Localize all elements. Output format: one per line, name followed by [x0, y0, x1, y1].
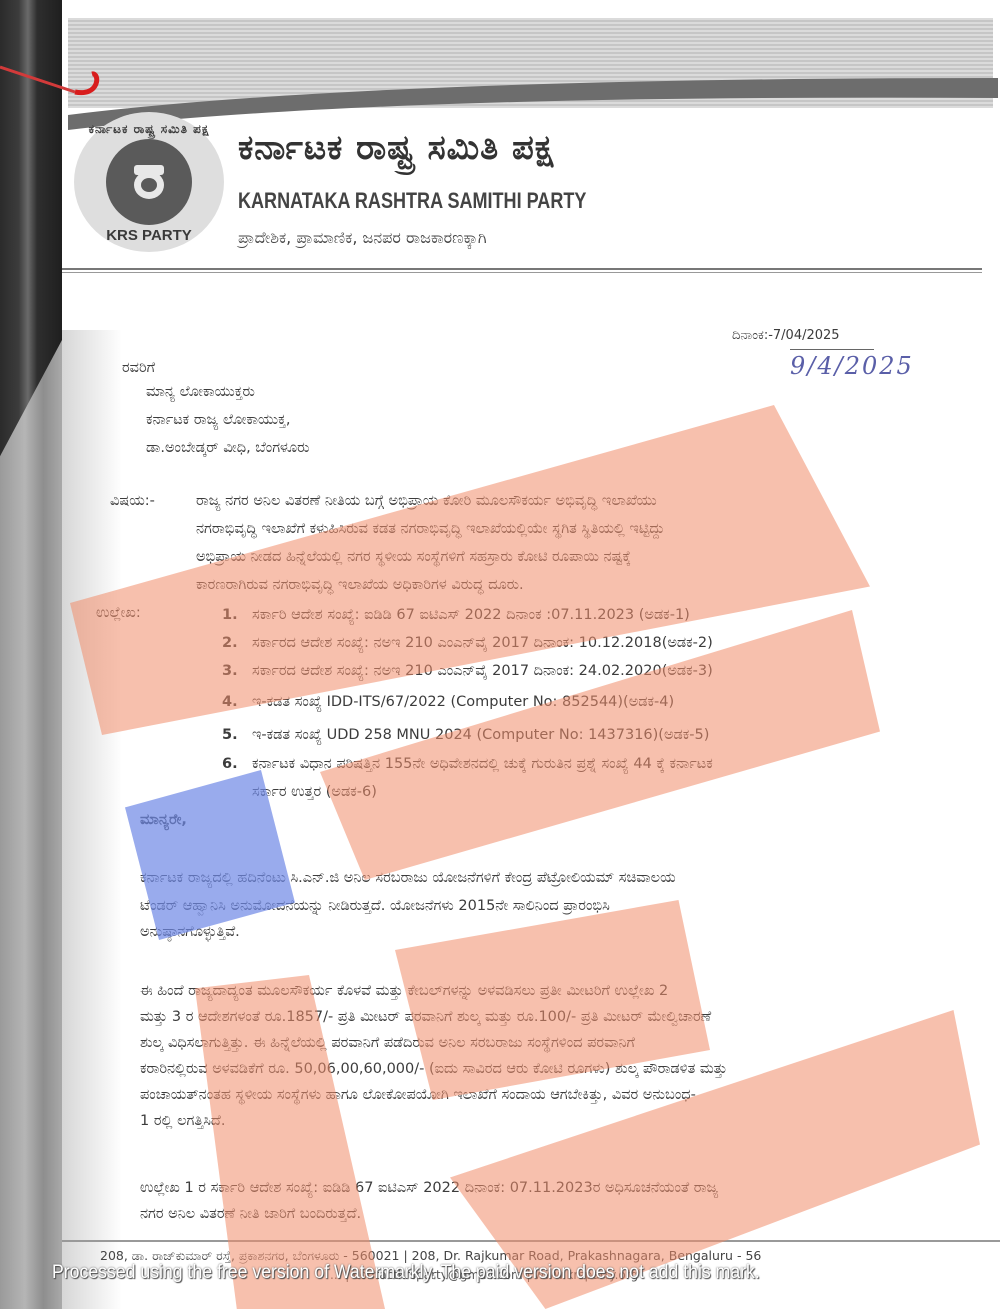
logo-ring-text: ಕರ್ನಾಟಕ ರಾಷ್ಟ್ರ ಸಮಿತಿ ಪಕ್ಷ: [74, 122, 224, 137]
reference-number: 3.: [222, 663, 238, 680]
paragraph-line: ಪಂಚಾಯತ್‌ನಂತಹ ಸ್ಥಳೀಯ ಸಂಸ್ಥೆಗಳು ಹಾಗೂ ಲೋಕೋಪ…: [140, 1087, 952, 1104]
paragraph-line: ಉಲ್ಲೇಖ 1 ರ ಸರ್ಕಾರಿ ಆದೇಶ ಸಂಖ್ಯೆ: ಐಡಿಡಿ 67…: [140, 1180, 952, 1197]
binder-string: [0, 62, 110, 112]
whistle-icon: [106, 139, 192, 225]
recipient-line: ಕರ್ನಾಟಕ ರಾಜ್ಯ ಲೋಕಾಯುಕ್ತ,: [146, 412, 291, 429]
paragraph-line: ಶುಲ್ಕ ವಿಧಿಸಲಾಗುತ್ತಿತ್ತು. ಈ ಹಿನ್ನೆಲೆಯಲ್ಲಿ…: [140, 1035, 952, 1052]
watermark-text: Processed using the free version of Wate…: [52, 1262, 760, 1284]
header-divider-thin: [62, 272, 982, 273]
paragraph-line: 1 ರಲ್ಲಿ ಲಗತ್ತಿಸಿದೆ.: [140, 1113, 952, 1130]
subject-label: ವಿಷಯ:-: [110, 493, 155, 510]
reference-item-continued: ಸರ್ಕಾರ ಉತ್ತರ (ಅಡಕ-6): [252, 784, 377, 801]
party-name-kannada: ಕರ್ನಾಟಕ ರಾಷ್ಟ್ರ ಸಮಿತಿ ಪಕ್ಷ: [238, 128, 554, 168]
recipient-line: ಮಾನ್ಯ ಲೋಕಾಯುಕ್ತರು: [146, 384, 255, 401]
party-logo: ಕರ್ನಾಟಕ ರಾಷ್ಟ್ರ ಸಮಿತಿ ಪಕ್ಷ KRS PARTY: [74, 112, 224, 252]
party-name-english: KARNATAKA RASHTRA SAMITHI PARTY: [238, 188, 586, 214]
recipient-line: ಡಾ.ಅಂಬೇಡ್ಕರ್ ವೀಧಿ, ಬೆಂಗಳೂರು: [146, 440, 309, 457]
reference-item: ಸರ್ಕಾರದ ಆದೇಶ ಸಂಖ್ಯೆ: ನಅಇ 210 ಎಂಎನ್‌ವೈ 20…: [252, 635, 713, 652]
reference-number: 1.: [222, 607, 238, 624]
paragraph-line: ಈ ಹಿಂದೆ ರಾಜ್ಯದಾದ್ಯಂತ ಮೂಲಸೌಕರ್ಯ ಕೊಳವೆ ಮತ್…: [140, 983, 952, 1000]
reference-number: 4.: [222, 694, 238, 711]
recipient-label: ರವರಿಗೆ: [122, 360, 155, 377]
subject-line: ಕಾರಣರಾಗಿರುವ ನಗರಾಭಿವೃದ್ಧಿ ಇಲಾಖೆಯ ಅಧಿಕಾರಿಗ…: [196, 577, 956, 594]
paragraph-line: ಕರ್ನಾಟಕ ರಾಜ್ಯದಲ್ಲಿ ಹದಿನೆಂಟು ಸಿ.ಎನ್.ಜಿ ಅನ…: [140, 870, 952, 887]
header-curve-band: [68, 70, 998, 130]
reference-item: ಸರ್ಕಾರಿ ಆದೇಶ ಸಂಖ್ಯೆ: ಐಡಿಡಿ 67 ಐಟಿಎಸ್ 202…: [252, 607, 690, 624]
subject-line: ನಗರಾಭಿವೃದ್ಧಿ ಇಲಾಖೆಗೆ ಕಳುಹಿಸಿರುವ ಕಡತ ನಗರಾ…: [196, 521, 956, 538]
paragraph-line: ಮತ್ತು 3 ರ ಆದೇಶಗಳಂತೆ ರೂ.1857/- ಪ್ರತಿ ಮೀಟರ…: [140, 1009, 952, 1026]
reference-number: 2.: [222, 635, 238, 652]
subject-line: ಅಭಿಪ್ರಾಯ ನೀಡದ ಹಿನ್ನೆಲೆಯಲ್ಲಿ ನಗರ ಸ್ಥಳೀಯ ಸ…: [196, 549, 956, 566]
salutation: ಮಾನ್ಯರೇ,: [140, 812, 187, 829]
party-tagline: ಪ್ರಾದೇಶಿಕ, ಪ್ರಾಮಾಣಿಕ, ಜನಪರ ರಾಜಕಾರಣಕ್ಕಾಗಿ: [238, 228, 487, 248]
date-underline: [790, 349, 874, 350]
reference-number: 6.: [222, 756, 238, 773]
references-label: ಉಲ್ಲೇಖ:: [96, 605, 141, 622]
reference-number: 5.: [222, 727, 238, 744]
reference-item: ಕರ್ನಾಟಕ ವಿಧಾನ ಪರಿಷತ್ತಿನ 155ನೇ ಅಧಿವೇಶನದಲ್…: [252, 756, 713, 773]
reference-item: ಸರ್ಕಾರದ ಆದೇಶ ಸಂಖ್ಯೆ: ನಅಇ 210 ಎಂಎನ್‌ವೈ 20…: [252, 663, 713, 680]
paragraph-line: ನಗರ ಅನಿಲ ವಿತರಣೆ ನೀತಿ ಜಾರಿಗೆ ಬಂದಿರುತ್ತದೆ.: [140, 1206, 952, 1223]
footer-address: 208, ಡಾ. ರಾಜ್‌ಕುಮಾರ್ ರಸ್ತೆ, ಪ್ರಕಾಶನಗರ, ಬ…: [100, 1248, 761, 1263]
subject-line: ರಾಜ್ಯ ನಗರ ಅನಿಲ ವಿತರಣೆ ನೀತಿಯ ಬಗ್ಗೆ ಅಭಿಪ್ರ…: [196, 493, 956, 510]
footer-divider: [62, 1240, 1000, 1242]
paragraph-line: ಟೆಂಡರ್ ಆಹ್ವಾನಿಸಿ ಅನುಮೋದನೆಯನ್ನು ನೀಡಿರುತ್ತ…: [140, 898, 952, 915]
paragraph-line: ಕರಾರಿನಲ್ಲಿರುವ ಅಳವಡಿಕೆಗೆ ರೂ. 50,06,00,60,…: [140, 1061, 952, 1078]
paragraph-line: ಅನುಷ್ಠಾನಗೊಳ್ಳುತ್ತಿವೆ.: [140, 924, 952, 941]
date-printed: ದಿನಾಂಕ:-7/04/2025: [732, 328, 840, 344]
page-shadow: [62, 330, 122, 1309]
header-divider: [62, 268, 982, 270]
logo-bottom-text: KRS PARTY: [74, 227, 224, 244]
reference-item: ಇ-ಕಡತ ಸಂಖ್ಯೆ IDD-ITS/67/2022 (Computer N…: [252, 694, 674, 711]
binder-edge-highlight: [0, 340, 62, 1309]
reference-item: ಇ-ಕಡತ ಸಂಖ್ಯೆ UDD 258 MNU 2024 (Computer …: [252, 727, 709, 744]
date-handwritten: 9/4/2025: [790, 352, 914, 381]
